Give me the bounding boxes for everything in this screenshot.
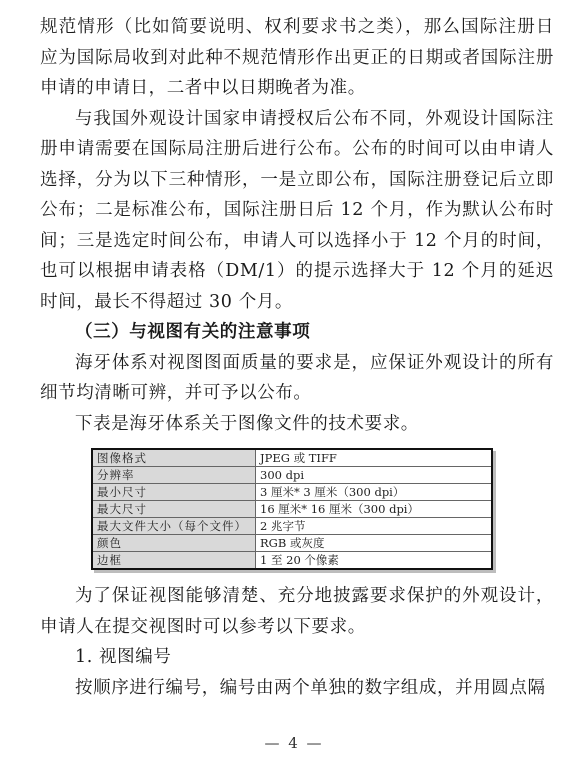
subheading-view-numbering: 1. 视图编号 (40, 642, 554, 673)
table-value: 16 厘米* 16 厘米（300 dpi） (256, 501, 493, 518)
table-value: 2 兆字节 (256, 518, 493, 535)
table-value: 3 厘米* 3 厘米（300 dpi） (256, 484, 493, 501)
paragraph-publication: 与我国外观设计国家申请授权后公布不同，外观设计国际注册申请需要在国际局注册后进行… (40, 104, 554, 318)
section-heading: （三）与视图有关的注意事项 (40, 317, 554, 348)
document-page: 规范情形（比如简要说明、权利要求书之类），那么国际注册日应为国际局收到对此种不规… (40, 12, 554, 439)
image-requirements-table: 图像格式 JPEG 或 TIFF 分辨率 300 dpi 最小尺寸 3 厘米* … (91, 448, 493, 570)
table-row: 最小尺寸 3 厘米* 3 厘米（300 dpi） (92, 484, 492, 501)
table-key: 图像格式 (92, 449, 256, 467)
page-number: — 4 — (0, 734, 588, 752)
table-key: 分辨率 (92, 467, 256, 484)
table-row: 图像格式 JPEG 或 TIFF (92, 449, 492, 467)
paragraph-continuation: 规范情形（比如简要说明、权利要求书之类），那么国际注册日应为国际局收到对此种不规… (40, 12, 554, 104)
table-row: 最大文件大小（每个文件） 2 兆字节 (92, 518, 492, 535)
paragraph-numbering: 按顺序进行编号，编号由两个单独的数字组成，并用圆点隔 (40, 673, 554, 704)
table-value: JPEG 或 TIFF (256, 449, 493, 467)
table-value: 300 dpi (256, 467, 493, 484)
table-key: 最小尺寸 (92, 484, 256, 501)
table-row: 颜色 RGB 或灰度 (92, 535, 492, 552)
table-value: RGB 或灰度 (256, 535, 493, 552)
table-key: 边框 (92, 552, 256, 570)
table-key: 颜色 (92, 535, 256, 552)
table-key: 最大文件大小（每个文件） (92, 518, 256, 535)
table-value: 1 至 20 个像素 (256, 552, 493, 570)
table-row: 分辨率 300 dpi (92, 467, 492, 484)
document-page-lower: 为了保证视图能够清楚、充分地披露要求保护的外观设计，申请人在提交视图时可以参考以… (40, 581, 554, 703)
paragraph-view-guidance: 为了保证视图能够清楚、充分地披露要求保护的外观设计，申请人在提交视图时可以参考以… (40, 581, 554, 642)
table-row: 边框 1 至 20 个像素 (92, 552, 492, 570)
paragraph-table-intro: 下表是海牙体系关于图像文件的技术要求。 (40, 409, 554, 440)
paragraph-view-quality: 海牙体系对视图图面质量的要求是，应保证外观设计的所有细节均清晰可辨，并可予以公布… (40, 348, 554, 409)
table-key: 最大尺寸 (92, 501, 256, 518)
table-row: 最大尺寸 16 厘米* 16 厘米（300 dpi） (92, 501, 492, 518)
